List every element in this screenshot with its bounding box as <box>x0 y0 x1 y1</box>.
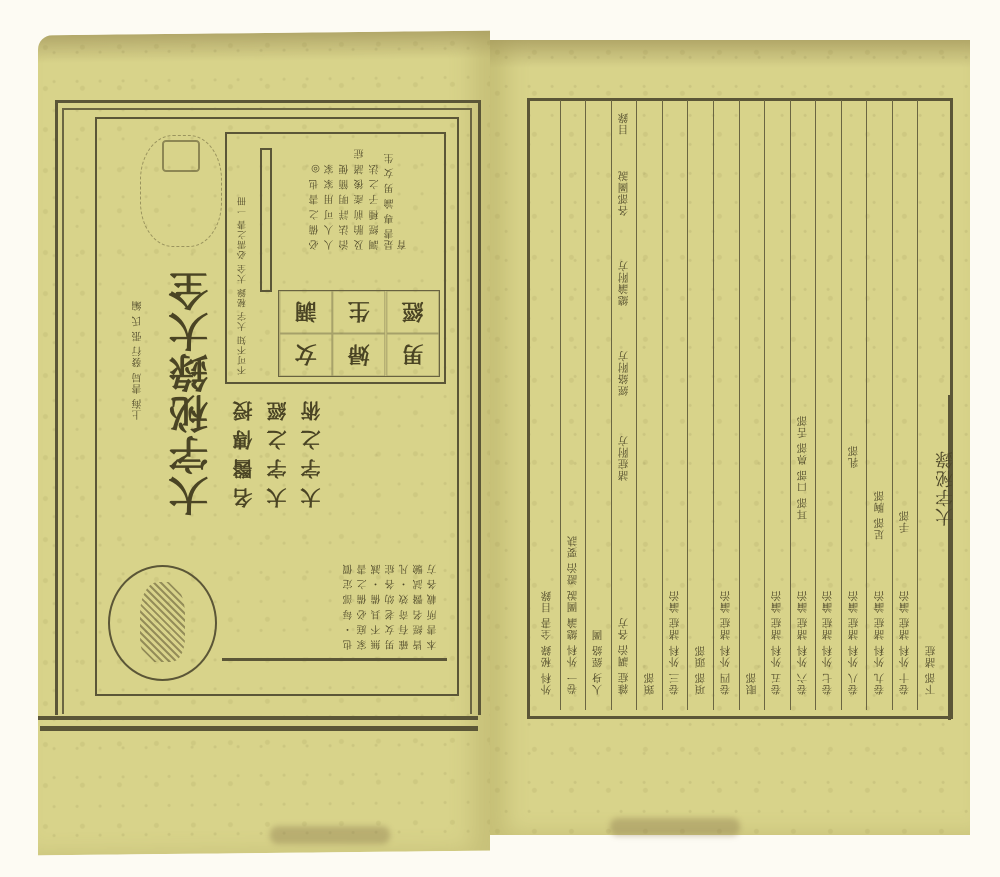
toc-top-entry: 經絡附方 <box>617 350 630 396</box>
toc-column: 項部 頭部 <box>687 100 713 710</box>
toc-entry: 人身 經絡 圖 <box>592 629 605 695</box>
toc-entry: 卷三 外科 諸症 論治 <box>669 590 682 695</box>
toc-entry: 眼部 <box>745 672 758 695</box>
paper-stain <box>610 818 740 836</box>
toc-column: 卷一 外科 總論 圖說 證治 要訣 <box>560 100 586 710</box>
right-edge-rule <box>948 395 951 720</box>
toc-entry: 耳部 口部 鼻部 舌部 <box>796 415 809 520</box>
advert-line: 及 胎 前 產 後 諸 症 <box>354 140 367 250</box>
heading-char: 男 <box>386 334 439 377</box>
toc-entry: 項部 頭部 <box>694 645 707 695</box>
toc-entry: 頸部 <box>643 672 656 695</box>
toc-column: 足部 胸部 卷九 外科 諸症 論治 <box>866 100 892 710</box>
toc-entry: 卷五 外科 諸症 論治 <box>771 590 784 695</box>
body-line: 無 不 具 備 ・ 誠 <box>371 385 384 650</box>
bold-line: 大 字 之 經 <box>266 400 290 508</box>
scholar-hat-icon <box>162 140 200 172</box>
toc-entry: 卷九 外科 諸症 論治 <box>873 590 886 695</box>
body-bold-lines: 大 字 之 術 大 字 之 經 名 醫 傳 授 <box>232 400 324 508</box>
toc-top-entry: 各部圖說 <box>617 170 630 216</box>
toc-column: 目錄 各部圖說 總論附方 經絡附方 諸症附方 雜症 調治 各方 <box>611 100 637 710</box>
left-base-rule <box>38 716 478 720</box>
toc-entry: 下部 諸症 <box>924 645 937 695</box>
toc-column: 乳部 卷八 外科 諸症 論治 <box>841 100 867 710</box>
toc-column: 卷四 外科 諸症 論治 <box>713 100 739 710</box>
toc-top-entry: 諸症附方 <box>617 435 630 481</box>
seal-figure-icon <box>140 582 185 662</box>
toc-entry: 足部 胸部 <box>873 490 886 540</box>
toc-column: 下部 諸症 <box>917 100 943 710</box>
toc-column: 人身 經絡 圖 <box>585 100 611 710</box>
portrait-seal-icon <box>108 565 217 681</box>
advert-side-note: 不可不知 大字 秘錄 大全 必需之書 一冊 <box>238 145 249 375</box>
author-line: 上海 書局 發行 張 氏 編 <box>132 300 145 420</box>
heading-char: 經 <box>386 291 439 334</box>
body-line: 確 有 奇 效 ・ 凡 <box>399 385 412 650</box>
advert-line: 治 法 詳 明 簡 便 <box>339 140 352 250</box>
body-line: 家 庭 必 備 之 書 <box>357 385 370 650</box>
advert-line: 人 人 可 用 家 家 <box>324 140 337 250</box>
left-base-rule-double <box>40 726 478 731</box>
heading-char: 生 <box>332 291 385 334</box>
toc-column: 卷三 外科 諸症 論治 <box>662 100 688 710</box>
spine-edge-text: 大字秘錄 <box>936 450 956 526</box>
toc-entry: 卷十 外科 諸症 論治 <box>899 590 912 695</box>
toc-column: 眼部 <box>739 100 765 710</box>
main-title: 大字秘錄大全 <box>170 270 214 516</box>
advert-line: 是書 專 論 男 女 生 育 <box>384 140 410 250</box>
toc-entry: 卷四 外科 諸症 論治 <box>720 590 733 695</box>
bold-line: 名 醫 傳 授 <box>232 400 256 508</box>
book-photo: 是書 專 論 男 女 生 育 調 經 種 子 之 法 及 胎 前 產 後 諸 症… <box>0 0 1000 877</box>
toc-top-entry: 目錄 <box>617 112 630 135</box>
toc-column: 外科 秘錄 全書 目錄 <box>535 100 560 710</box>
body-line: 本 書 所 載 各 方 <box>427 385 440 650</box>
heading-char: 婦 <box>332 334 385 377</box>
body-line: 男 女 老 幼 各 症 <box>385 385 398 650</box>
advert-heading-grid: 調 生 經 女 婦 男 <box>278 290 440 377</box>
toc-columns: 外科 秘錄 全書 目錄 卷一 外科 總論 圖說 證治 要訣 人身 經絡 圖 目錄… <box>535 100 943 710</box>
bold-line: 大 字 之 術 <box>300 400 324 508</box>
advert-line: 必 備 之 書 也 ◎ <box>309 140 322 250</box>
advert-paragraph: 是書 專 論 男 女 生 育 調 經 種 子 之 法 及 胎 前 產 後 諸 症… <box>232 140 410 250</box>
toc-column: 卷七 外科 諸症 論治 <box>815 100 841 710</box>
toc-entry: 雜症 調治 各方 <box>617 617 630 695</box>
toc-entry: 乳部 <box>848 445 861 468</box>
toc-entry: 外科 秘錄 全書 目錄 <box>541 590 554 695</box>
body-rule <box>222 658 447 661</box>
body-line: 皆 經 名 醫 試 驗 <box>413 385 426 650</box>
heading-char: 女 <box>279 334 332 377</box>
toc-entry: 卷八 外科 諸症 論治 <box>848 590 861 695</box>
toc-entry: 卷六 外科 諸症 論治 <box>796 590 809 695</box>
advert-line: 調 經 種 子 之 法 <box>369 140 382 250</box>
body-line: 也 ・ 每 部 定 價 <box>343 385 356 650</box>
heading-char: 調 <box>279 291 332 334</box>
toc-entry: 卷七 外科 諸症 論治 <box>822 590 835 695</box>
toc-column: 耳部 口部 鼻部 舌部 卷六 外科 諸症 論治 <box>790 100 816 710</box>
toc-column: 手部 卷十 外科 諸症 論治 <box>892 100 918 710</box>
paper-stain <box>270 826 390 844</box>
toc-column: 卷五 外科 諸症 論治 <box>764 100 790 710</box>
advert-bar <box>260 148 272 292</box>
toc-top-entry: 總論附方 <box>617 260 630 306</box>
toc-entry: 卷一 外科 總論 圖說 證治 要訣 <box>566 535 579 695</box>
toc-entry: 手部 <box>899 510 912 533</box>
toc-column: 頸部 <box>636 100 662 710</box>
